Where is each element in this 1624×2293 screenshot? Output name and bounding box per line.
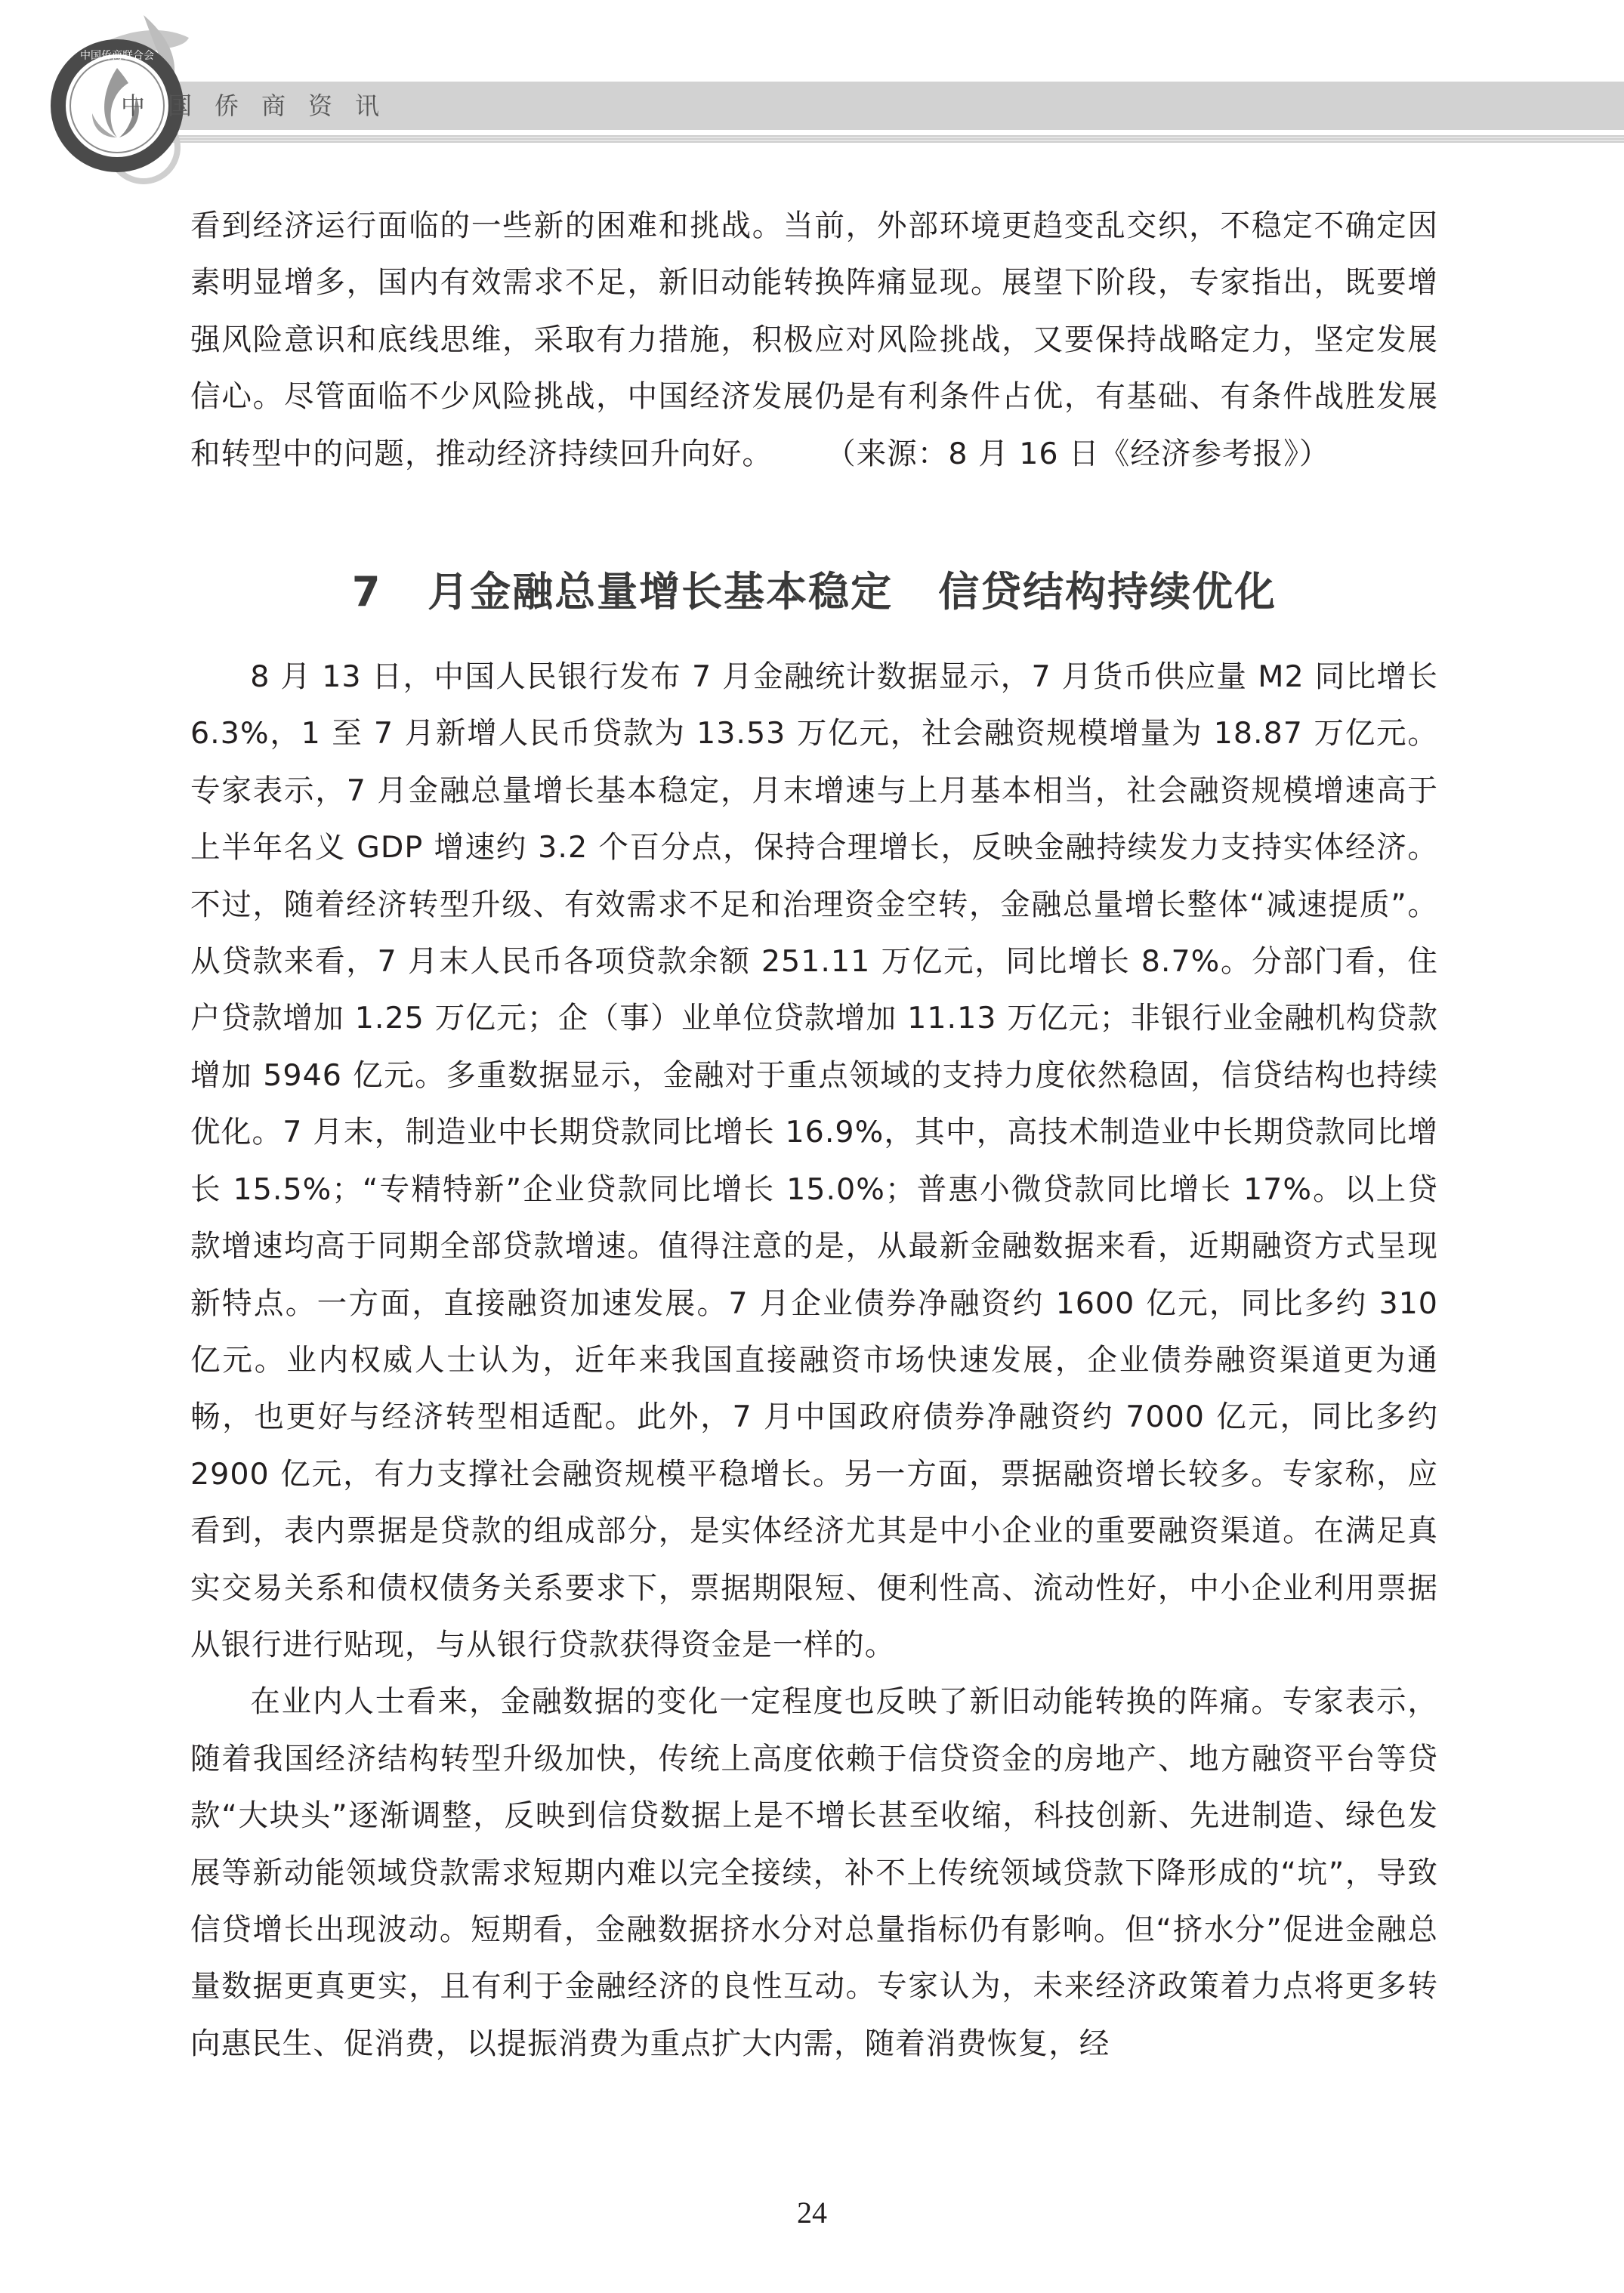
article-title-part1: 7 月金融总量增长基本稳定 [352,568,893,616]
article-title-part2: 信贷结构持续优化 [938,568,1277,616]
page-number: 24 [0,2195,1624,2230]
source-citation: （来源：8 月 16 日《经济参考报》） [826,437,1330,471]
previous-article-text: 看到经济运行面临的一些新的困难和挑战。当前，外部环境更趋变乱交织，不稳定不确定因… [190,208,1438,471]
previous-article-paragraph: 看到经济运行面临的一些新的困难和挑战。当前，外部环境更趋变乱交织，不稳定不确定因… [190,198,1438,483]
page-header: 中国侨商联合会 中国侨商资讯 [0,0,1624,181]
page-content: 看到经济运行面临的一些新的困难和挑战。当前，外部环境更趋变乱交织，不稳定不确定因… [190,198,1438,2072]
header-rule [106,135,1624,143]
publication-title: 中国侨商资讯 [121,89,402,122]
article-title: 7 月金融总量增长基本稳定信贷结构持续优化 [190,558,1438,626]
article-paragraph-1: 8 月 13 日，中国人民银行发布 7 月金融统计数据显示，7 月货币供应量 M… [190,649,1438,1674]
logo-chinese-text: 中国侨商联合会 [80,49,154,62]
article-paragraph-2: 在业内人士看来，金融数据的变化一定程度也反映了新旧动能转换的阵痛。专家表示，随着… [190,1674,1438,2072]
